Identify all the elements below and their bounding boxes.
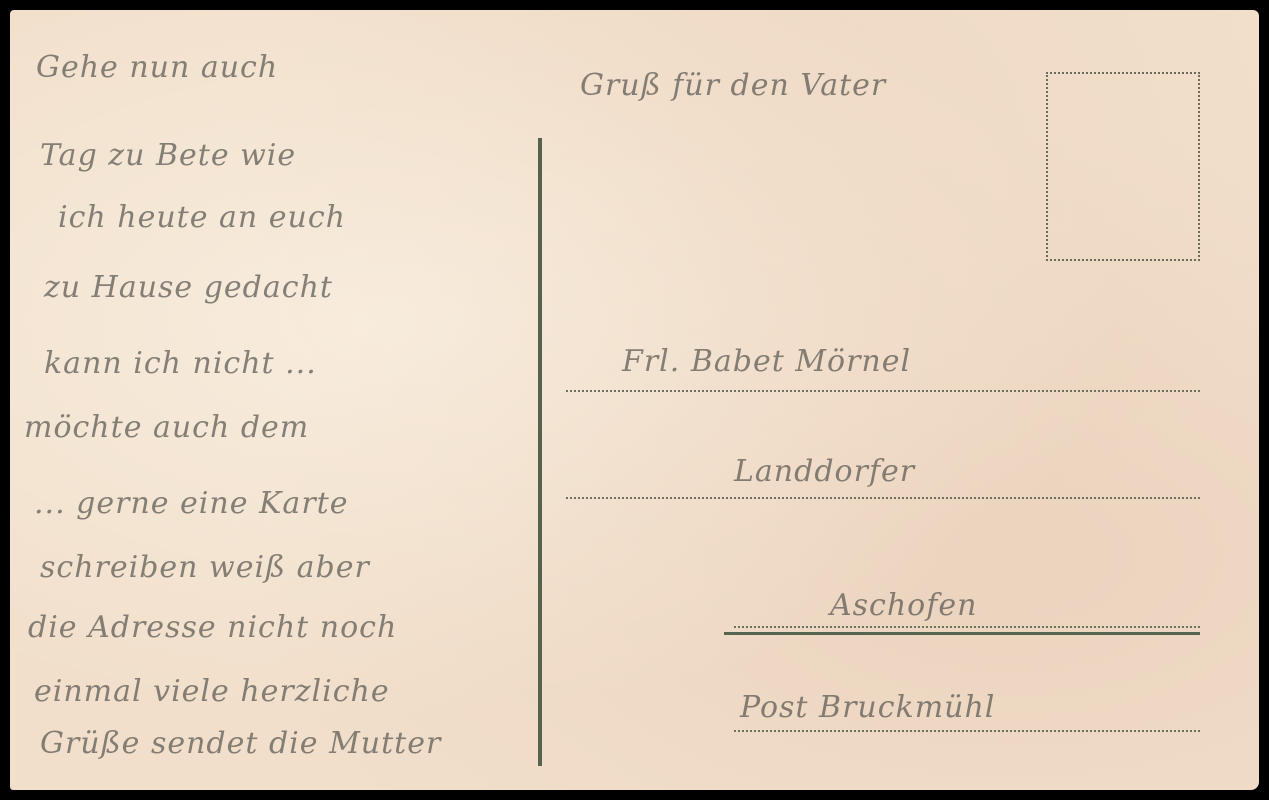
- message-line: zu Hause gedacht: [44, 270, 333, 305]
- message-line: Gehe nun auch: [36, 50, 278, 85]
- vertical-divider: [538, 138, 542, 766]
- address-dotted-line: [734, 730, 1200, 732]
- message-line: ich heute an euch: [58, 200, 346, 235]
- address-line: Post Bruckmühl: [740, 690, 995, 725]
- message-line: kann ich nicht ...: [44, 346, 317, 381]
- header-greeting: Gruß für den Vater: [580, 68, 886, 103]
- address-line: Landdorfer: [734, 454, 915, 489]
- address-dotted-line: [566, 497, 1200, 499]
- address-line: Frl. Babet Mörnel: [622, 344, 911, 379]
- message-line: ... gerne eine Karte: [34, 486, 348, 521]
- address-dotted-line: [566, 390, 1200, 392]
- message-line: Tag zu Bete wie: [40, 138, 296, 173]
- message-line: einmal viele herzliche: [34, 674, 390, 709]
- stamp-box: [1046, 72, 1200, 261]
- address-line: Aschofen: [830, 588, 977, 623]
- address-dotted-line: [734, 626, 1200, 628]
- message-line: Grüße sendet die Mutter: [40, 726, 441, 761]
- address-solid-line: [724, 632, 1200, 635]
- message-line: die Adresse nicht noch: [28, 610, 397, 645]
- message-line: schreiben weiß aber: [40, 550, 370, 585]
- postcard: Gehe nun auch Tag zu Bete wie ich heute …: [10, 10, 1259, 790]
- message-line: möchte auch dem: [24, 410, 309, 445]
